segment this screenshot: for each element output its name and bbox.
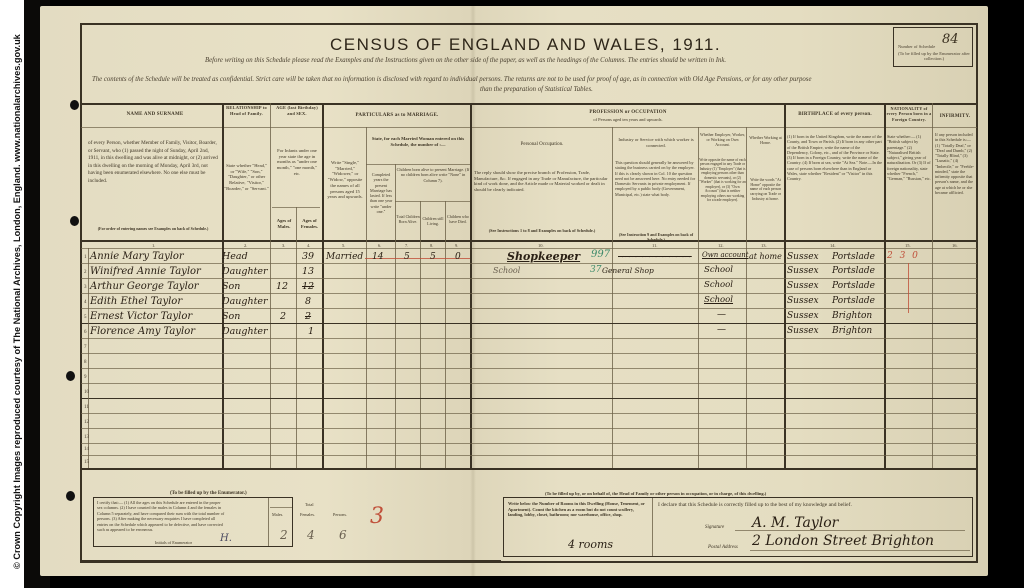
row-number: 8: [84, 360, 87, 365]
birthplace-town: Portslade: [832, 296, 875, 306]
red-tally-line: [908, 263, 909, 313]
header-children-born: Children born alive to present Marriage.…: [396, 167, 470, 183]
person-name: Winifred Annie Taylor: [90, 266, 201, 277]
age-female: 8: [305, 296, 311, 307]
header-married-woman: State, for each Married Woman entered on…: [368, 136, 468, 147]
row-number: 15: [84, 460, 89, 465]
confidentiality-notice: The contents of the Schedule will be tre…: [92, 76, 962, 83]
signature: A. M. Taylor: [752, 515, 838, 531]
employer-status: School: [704, 295, 733, 305]
person-relationship: Daughter: [222, 296, 268, 307]
schedule-number: 84: [942, 32, 959, 47]
years-married: 14: [372, 252, 383, 262]
table-bottom-rule: [81, 468, 977, 470]
col-divider: [395, 164, 396, 468]
header-occupation-sub: of Persons aged ten years and upwards.: [472, 117, 784, 123]
total-persons: 6: [339, 528, 347, 542]
header-infirmity: INFIRMITY.: [934, 114, 976, 120]
row-rule: [81, 353, 977, 354]
children-died: 0: [455, 252, 461, 262]
colnum: 3.: [282, 243, 285, 248]
postal-address: 2 London Street Brighton: [752, 533, 934, 549]
header-personal-occupation: Personal Occupation.: [472, 142, 612, 148]
persons-label: Persons.: [333, 512, 347, 517]
row-rule: [81, 368, 977, 369]
header-relationship: RELATIONSHIP to Head of Family.: [223, 105, 270, 116]
rule: [81, 560, 501, 562]
birthplace-county: Sussex: [787, 311, 819, 321]
enumerator-heading: (To be filled up by the Enumerator.): [170, 491, 247, 496]
header-age-body: For Infants under one year state the age…: [274, 148, 320, 177]
row-rule: [81, 278, 977, 279]
header-birthplace: BIRTHPLACE of every person.: [786, 112, 884, 118]
header-age-males: Ages of Males.: [272, 218, 296, 229]
row-number: 13: [84, 435, 89, 440]
header-name-body: of every Person, whether Member of Famil…: [88, 140, 218, 185]
personal-occupation: School: [493, 266, 520, 275]
age-male: 2: [280, 311, 286, 322]
header-age-females: Ages of Females.: [297, 218, 322, 229]
col-divider: [612, 127, 613, 468]
colnum: 10.: [538, 243, 544, 248]
person-relationship: Daughter: [222, 266, 268, 277]
employer-status: Own account: [702, 251, 749, 259]
age-male: 12: [276, 281, 288, 292]
head-box-divider: [652, 498, 653, 556]
row-rule: [81, 383, 977, 384]
row-rule: [81, 323, 977, 324]
schedule-number-box: Number of Schedule 84 (To be filled up b…: [893, 27, 973, 67]
birthplace-county: Sussex: [787, 281, 819, 291]
industry-struck: ~~~~~~~~~~~: [618, 252, 692, 261]
age-female-struck: 12: [302, 281, 314, 292]
employer-status: School: [704, 280, 733, 290]
header-industry-body: This question should generally be answer…: [615, 160, 697, 197]
rule: [270, 507, 292, 508]
header-age: AGE (last Birthday) and SEX.: [272, 105, 322, 116]
row-number: 1: [84, 255, 87, 260]
form-title: CENSUS OF ENGLAND AND WALES, 1911.: [330, 35, 721, 55]
enumerator-certification: I certify that:— (1) All the ages on thi…: [97, 500, 225, 533]
row-number: 14: [84, 447, 89, 452]
females-label: Females.: [300, 512, 315, 517]
rule: [395, 201, 470, 202]
row-rule: [81, 443, 977, 444]
punch-hole: [66, 371, 75, 381]
employer-status: School: [704, 265, 733, 275]
row-rule: [81, 338, 977, 339]
colnum: 11.: [652, 243, 657, 248]
col-divider: [746, 127, 747, 468]
birthplace-town: Portslade: [832, 266, 875, 276]
header-children-died: Children who have Died.: [446, 214, 470, 224]
birthplace-county: Sussex: [787, 326, 819, 336]
form-instructions: Before writing on this Schedule please r…: [205, 57, 726, 64]
birthplace-county: Sussex: [787, 252, 819, 262]
personal-occupation: Shopkeeper: [507, 250, 580, 263]
colnum-rule: [81, 248, 977, 249]
total-males: 2: [280, 528, 288, 542]
header-marriage-status: Write "Single," "Married," "Widower," or…: [325, 160, 365, 200]
signature-line: [735, 530, 965, 531]
rule: [366, 164, 470, 165]
row-rule: [81, 455, 977, 456]
colnum: 6.: [378, 243, 381, 248]
person-relationship: Son: [222, 281, 240, 292]
person-relationship: Son: [222, 311, 240, 322]
header-relationship-body: State whether "Head," or "Wife," "Son," …: [224, 163, 269, 192]
occupation-code: 997: [591, 249, 610, 260]
header-top-rule: [81, 103, 977, 105]
row-rule: [81, 263, 977, 264]
header-personal-note: (See Instructions 1 to 8 and Examples on…: [474, 228, 610, 233]
row-number: 7: [84, 345, 87, 350]
header-bottom-rule: [81, 240, 977, 242]
header-nationality: NATIONALITY of every Person born in a Fo…: [886, 106, 932, 122]
copyright-strip: © Crown Copyright Images reproduced cour…: [0, 0, 24, 588]
header-infirmity-body: If any person included in this Schedule …: [935, 132, 976, 195]
working-at-home: at home: [749, 252, 782, 261]
person-name: Ernest Victor Taylor: [90, 311, 192, 322]
rooms-instructions: Write below the Number of Rooms in this …: [508, 501, 648, 518]
age-female: 1: [308, 326, 314, 337]
birthplace-county: Sussex: [787, 266, 819, 276]
birthplace-town: Portslade: [832, 252, 875, 262]
colnum: 14.: [830, 243, 836, 248]
colnum: 1.: [152, 243, 155, 248]
row-rule: [81, 293, 977, 294]
total-females: 4: [307, 528, 315, 542]
birthplace-county: Sussex: [787, 296, 819, 306]
header-industry-note: (See Instruction 9 and Examples on back …: [614, 232, 698, 242]
header-home-body: Write the words "At Home" opposite the n…: [748, 178, 783, 202]
header-total-born: Total Children Born Alive.: [396, 214, 420, 224]
declaration: I declare that this Schedule is correctl…: [658, 502, 852, 509]
punch-hole: [66, 491, 75, 501]
row-number: 3: [84, 285, 87, 290]
colnum: 13.: [761, 243, 767, 248]
children-living: 5: [430, 252, 436, 262]
header-home: Whether Working at Home.: [747, 135, 784, 145]
enumerator-initials-label: Initials of Enumerator: [155, 540, 192, 545]
employer-status: —: [717, 325, 726, 335]
header-industry: Industry or Service with which worker is…: [614, 137, 698, 148]
header-name-note: (For order of entering names see Example…: [86, 226, 220, 231]
birthplace-town: Brighton: [832, 326, 872, 336]
marital-status: Married: [326, 252, 363, 262]
row-rule: [81, 413, 977, 414]
row-rule: [81, 428, 977, 429]
person-name: Arthur George Taylor: [90, 281, 199, 292]
signature-label: Signature: [705, 525, 724, 532]
schedule-number-label: Number of Schedule: [898, 44, 935, 49]
person-relationship: Daughter: [222, 326, 268, 337]
colnum: 16.: [952, 243, 958, 248]
enumerator-initials: H.: [220, 533, 232, 544]
colnum: 15.: [905, 243, 911, 248]
row-number: 2: [84, 270, 87, 275]
row-number: 5: [84, 315, 87, 320]
row-number: 9: [84, 375, 87, 380]
header-completed-years: Completed years the present Marriage has…: [367, 172, 395, 214]
header-marriage: PARTICULARS as to MARRIAGE.: [324, 113, 470, 119]
colnum: 5.: [342, 243, 345, 248]
males-label: Males.: [272, 512, 283, 517]
header-occupation: PROFESSION or OCCUPATION: [472, 110, 784, 116]
row-rule: [81, 398, 977, 399]
employer-status: —: [717, 310, 726, 320]
row-number: 6: [84, 330, 87, 335]
person-relationship: Head: [222, 251, 248, 262]
totals-divider: [268, 498, 269, 546]
confidentiality-notice-cont: than the preparation of Statistical Tabl…: [480, 86, 593, 93]
header-birthplace-body: (1) If born in the United Kingdom, write…: [787, 134, 882, 181]
address-label: Postal Address: [708, 545, 738, 552]
copyright-notice: © Crown Copyright Images reproduced cour…: [12, 0, 22, 569]
birthplace-town: Brighton: [832, 311, 872, 321]
row-number: 4: [84, 300, 87, 305]
colnum: 8.: [430, 243, 433, 248]
children-born: 5: [404, 252, 410, 262]
age-female-struck: 2: [305, 311, 311, 322]
totals-label: Total: [305, 502, 314, 507]
age-female: 13: [302, 266, 314, 277]
person-name: Florence Amy Taylor: [90, 326, 195, 337]
colnum: 9.: [455, 243, 458, 248]
schedule-number-note: (To be filled up by the Enumerator after…: [898, 51, 970, 61]
colnum: 4.: [307, 243, 310, 248]
industry: General Shop: [602, 266, 654, 275]
punch-hole: [70, 100, 79, 110]
header-employer-body: Write opposite the name of each person e…: [699, 158, 746, 203]
header-personal-body: The reply should show the precise branch…: [474, 170, 610, 193]
red-mark: 3: [370, 504, 384, 529]
enumerator-code: 2 3 0: [887, 251, 920, 261]
age-female: 39: [302, 251, 314, 262]
row-number: 12: [84, 420, 89, 425]
row-number: 10: [84, 390, 89, 395]
colnum: 12.: [718, 243, 724, 248]
address-line: [750, 550, 970, 551]
header-children-living: Children still Living.: [421, 216, 445, 226]
occupation-code: 37: [590, 265, 601, 275]
person-name: Annie Mary Taylor: [90, 251, 184, 262]
header-employer: Whether Employer, Worker, or Working on …: [699, 132, 746, 147]
row-rule: [81, 308, 977, 309]
birthplace-town: Portslade: [832, 281, 875, 291]
person-name: Edith Ethel Taylor: [90, 296, 182, 307]
header-sub-rule: [81, 127, 977, 128]
header-name: NAME AND SURNAME: [100, 112, 210, 118]
head-heading: (To be filled up by, or on behalf of, th…: [545, 491, 766, 496]
row-number: 11: [84, 405, 89, 410]
colnum: 2.: [244, 243, 247, 248]
header-nationality-body: State whether:— (1) "British subject by …: [887, 134, 931, 181]
colnum: 7.: [405, 243, 408, 248]
rooms-count: 4 rooms: [568, 538, 613, 551]
punch-hole: [70, 216, 79, 226]
